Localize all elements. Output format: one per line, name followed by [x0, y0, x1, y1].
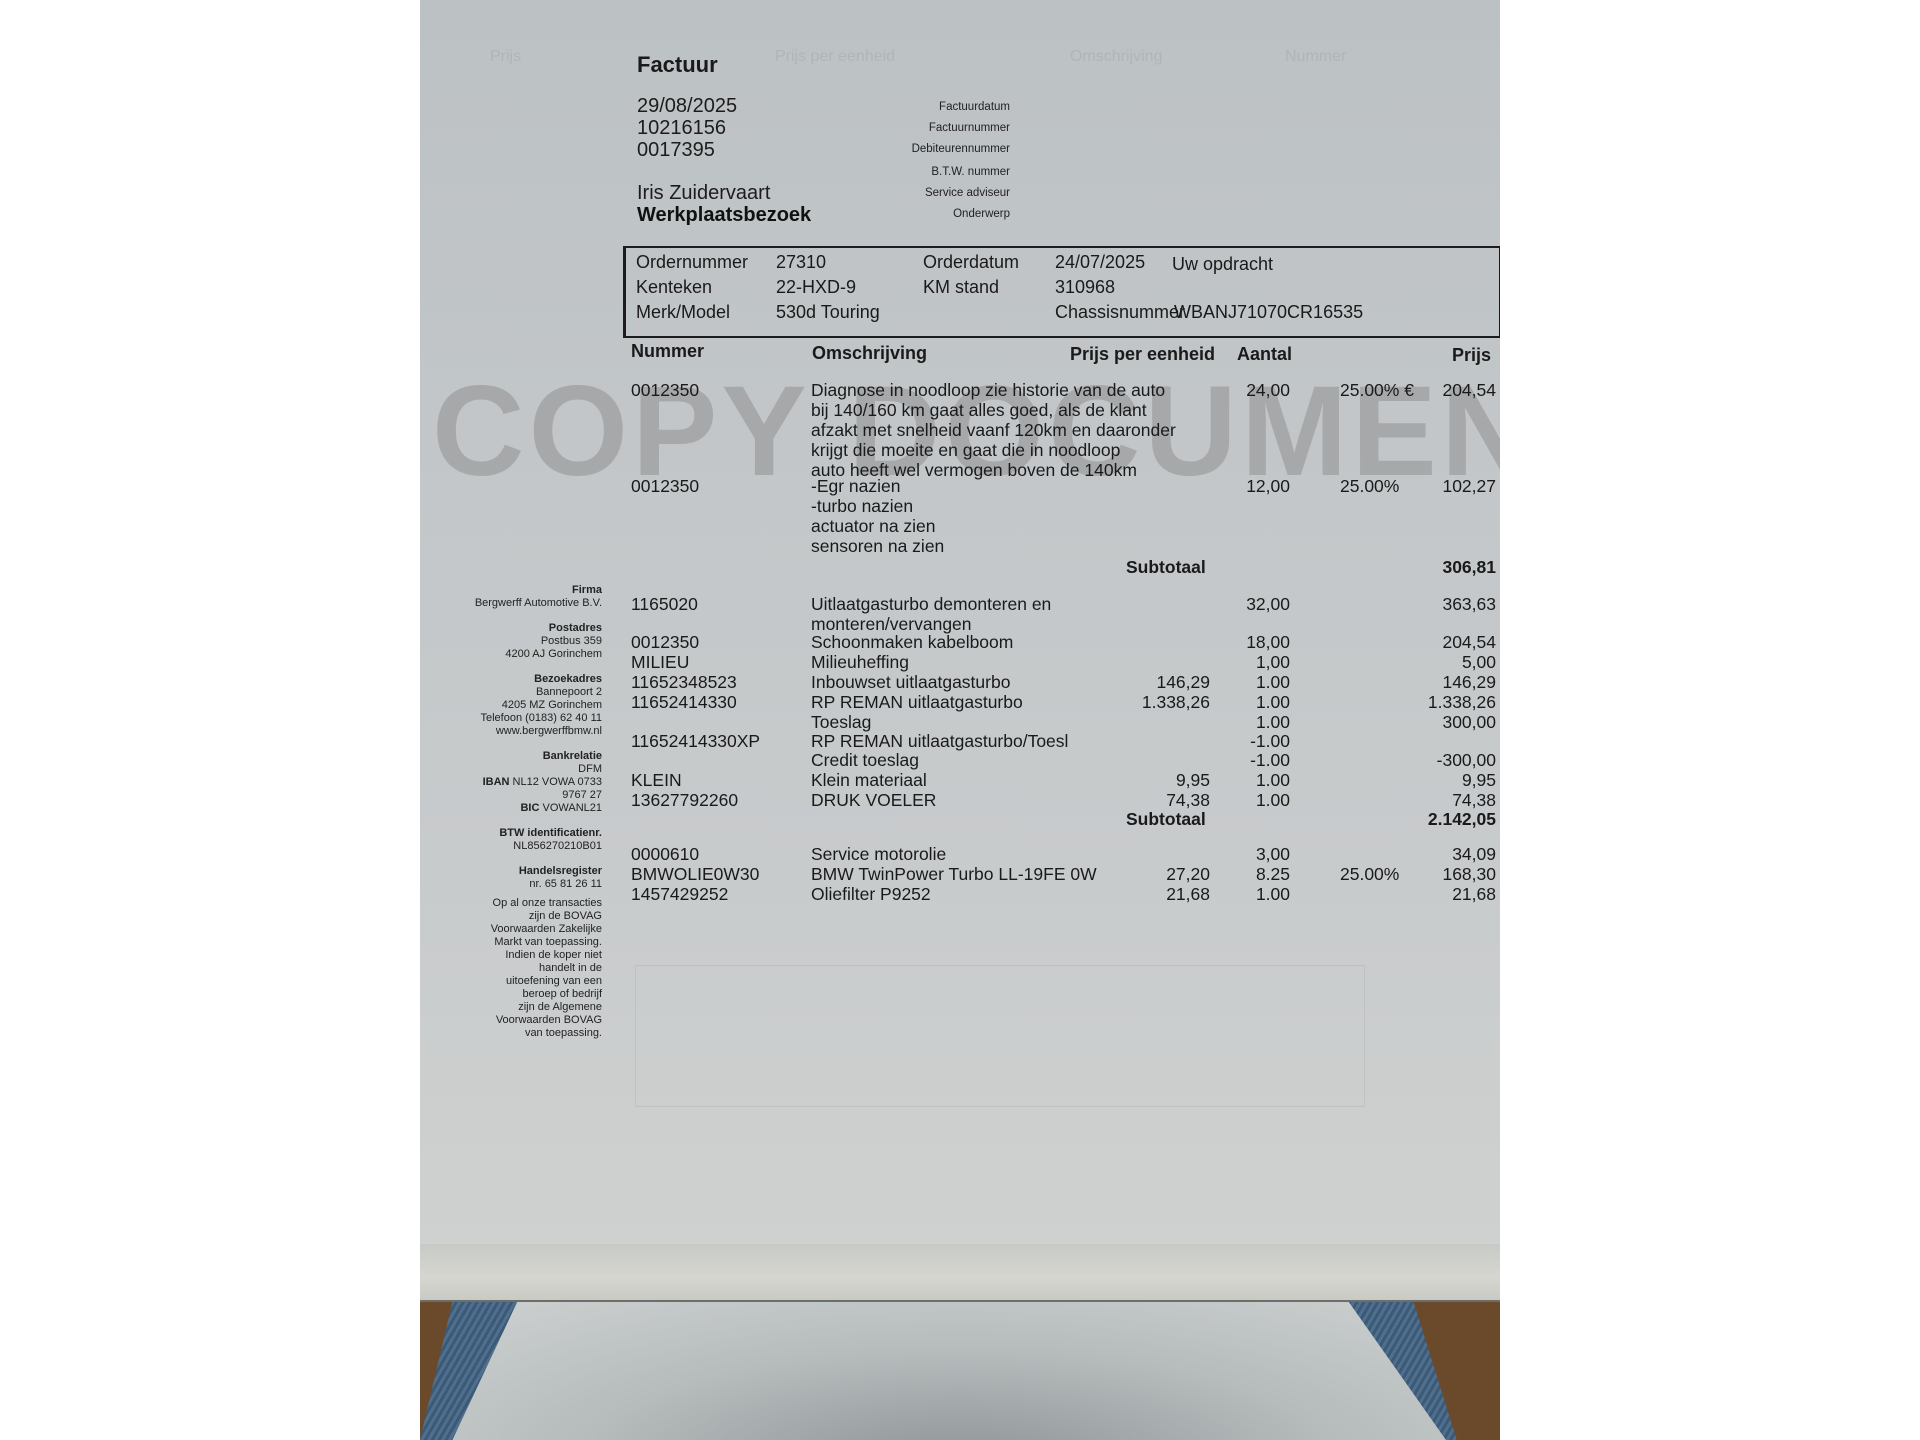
subtotal-label: Subtotaal — [1126, 809, 1206, 829]
sidebar-text: beroep of bedrijf — [420, 988, 602, 1001]
item-price: 9,95 — [1462, 770, 1496, 790]
invoice-photo: Prijs Prijs per eenheid Omschrijving Num… — [420, 0, 1500, 1440]
paper-stack-edge — [420, 1244, 1500, 1302]
item-price: 74,38 — [1452, 790, 1496, 810]
item-quantity: 1.00 — [1256, 790, 1290, 810]
sidebar-heading: Bankrelatie — [420, 750, 602, 763]
item-number: 11652348523 — [631, 672, 737, 692]
header-field-value: 10216156 — [637, 117, 726, 140]
header-field-label: Service adviseur — [925, 187, 1010, 199]
item-unit-price: 74,38 — [1166, 790, 1210, 810]
sidebar-text: Voorwaarden Zakelijke — [420, 923, 602, 936]
header-field-value: 0017395 — [637, 139, 715, 162]
item-description: Klein materiaal — [811, 770, 927, 790]
sidebar-text: uitoefening van een — [420, 975, 602, 988]
uw-opdracht-label: Uw opdracht — [1172, 254, 1273, 275]
item-number: 0012350 — [631, 632, 699, 652]
item-quantity: -1.00 — [1250, 750, 1290, 770]
kenteken-label: Kenteken — [636, 277, 712, 298]
header-field-label: Debiteurennummer — [912, 143, 1010, 155]
iban-line: IBAN NL12 VOWA 0733 — [420, 776, 602, 789]
subtotal-label: Subtotaal — [1126, 557, 1206, 577]
orderdatum-value: 24/07/2025 — [1055, 252, 1145, 273]
km-stand-value: 310968 — [1055, 277, 1115, 298]
item-description: RP REMAN uitlaatgasturbo — [811, 692, 1023, 712]
sidebar-heading: Postadres — [420, 622, 602, 635]
item-description: Uitlaatgasturbo demonteren enmonteren/ve… — [811, 594, 1051, 634]
merk-model-value: 530d Touring — [776, 302, 880, 323]
item-number: 11652414330 — [631, 692, 737, 712]
ordernummer-label: Ordernummer — [636, 252, 748, 273]
item-quantity: 1.00 — [1256, 770, 1290, 790]
item-description: Inbouwset uitlaatgasturbo — [811, 672, 1010, 692]
item-quantity: 8.25 — [1256, 864, 1290, 884]
sidebar-text: Markt van toepassing. — [420, 936, 602, 949]
item-discount: 25.00% € — [1340, 380, 1414, 400]
sidebar-text: Voorwaarden BOVAG — [420, 1014, 602, 1027]
sidebar-text: Bannepoort 2 — [420, 686, 602, 699]
col-header-nummer: Nummer — [631, 341, 704, 362]
show-through-text: Prijs — [490, 48, 521, 66]
sidebar-text: www.bergwerffbmw.nl — [420, 725, 602, 738]
item-number: 1457429252 — [631, 884, 728, 904]
item-price: 168,30 — [1442, 864, 1496, 884]
item-description: DRUK VOELER — [811, 790, 936, 810]
item-price: -300,00 — [1437, 750, 1496, 770]
orderdatum-label: Orderdatum — [923, 252, 1019, 273]
item-number: 0000610 — [631, 844, 699, 864]
order-info-box: Ordernummer 27310 Orderdatum 24/07/2025 … — [623, 246, 1500, 338]
item-price: 34,09 — [1452, 844, 1496, 864]
sidebar-text: Indien de koper niet — [420, 949, 602, 962]
item-unit-price: 27,20 — [1166, 864, 1210, 884]
header-field-label: B.T.W. nummer — [931, 166, 1010, 178]
sidebar-text: 4200 AJ Gorinchem — [420, 648, 602, 661]
col-header-prijs: Prijs — [1452, 345, 1491, 366]
item-description: Schoonmaken kabelboom — [811, 632, 1013, 652]
item-unit-price: 21,68 — [1166, 884, 1210, 904]
col-header-omschrijving: Omschrijving — [812, 343, 927, 364]
item-quantity: 1.00 — [1256, 884, 1290, 904]
item-quantity: 1.00 — [1256, 712, 1290, 732]
show-through-text: Nummer — [1285, 48, 1346, 66]
item-price: 5,00 — [1462, 652, 1496, 672]
item-price: 1.338,26 — [1428, 692, 1496, 712]
item-description: -Egr nazien-turbo nazienactuator na zien… — [811, 476, 944, 556]
grey-fabric — [420, 1302, 1500, 1440]
header-field-label: Factuurnummer — [929, 122, 1010, 134]
item-number: 1165020 — [631, 594, 698, 614]
item-description: Credit toeslag — [811, 750, 919, 770]
item-number: KLEIN — [631, 770, 682, 790]
header-field-label: Factuurdatum — [939, 101, 1010, 113]
sidebar-text: handelt in de — [420, 962, 602, 975]
km-stand-label: KM stand — [923, 277, 999, 298]
merk-model-label: Merk/Model — [636, 302, 730, 323]
sidebar-text: Bergwerff Automotive B.V. — [420, 597, 602, 610]
item-number: 0012350 — [631, 476, 699, 496]
show-through-text: Omschrijving — [1070, 48, 1162, 66]
item-description: Diagnose in noodloop zie historie van de… — [811, 380, 1176, 480]
item-price: 204,54 — [1442, 380, 1496, 400]
sidebar-heading: Bezoekadres — [420, 673, 602, 686]
chassis-label: Chassisnummer — [1055, 302, 1185, 323]
sidebar-text: DFM — [420, 763, 602, 776]
kenteken-value: 22-HXD-9 — [776, 277, 856, 298]
header-field-value: Iris Zuidervaart — [637, 182, 770, 205]
item-description: BMW TwinPower Turbo LL-19FE 0W — [811, 864, 1097, 884]
sidebar-text: zijn de BOVAG — [420, 910, 602, 923]
sidebar-heading: Firma — [420, 584, 602, 597]
sidebar-heading: Handelsregister — [420, 865, 602, 878]
document-title: Factuur — [637, 52, 718, 78]
item-unit-price: 146,29 — [1156, 672, 1210, 692]
item-price: 102,27 — [1442, 476, 1496, 496]
item-number: MILIEU — [631, 652, 689, 672]
sidebar-text: 9767 27 — [420, 789, 602, 802]
subtotal-value: 306,81 — [1442, 557, 1496, 577]
ordernummer-value: 27310 — [776, 252, 826, 273]
header-field-value: Werkplaatsbezoek — [637, 204, 811, 227]
invoice-paper: Prijs Prijs per eenheid Omschrijving Num… — [420, 0, 1500, 1248]
item-number: 0012350 — [631, 380, 699, 400]
subtotal-value: 2.142,05 — [1428, 809, 1496, 829]
item-unit-price: 1.338,26 — [1142, 692, 1210, 712]
sidebar-text: Op al onze transacties — [420, 897, 602, 910]
bic-line: BIC VOWANL21 — [420, 802, 602, 815]
item-quantity: 1.00 — [1256, 692, 1290, 712]
item-price: 363,63 — [1442, 594, 1496, 614]
item-discount: 25.00% — [1340, 476, 1399, 496]
item-description: RP REMAN uitlaatgasturbo/Toesl — [811, 731, 1068, 751]
item-discount: 25.00% — [1340, 864, 1399, 884]
item-quantity: 12,00 — [1246, 476, 1290, 496]
item-price: 204,54 — [1442, 632, 1496, 652]
sidebar-text: NL856270210B01 — [420, 840, 602, 853]
sidebar-text: van toepassing. — [420, 1027, 602, 1040]
item-unit-price: 9,95 — [1176, 770, 1210, 790]
show-through-box — [635, 965, 1365, 1107]
item-quantity: 1.00 — [1256, 672, 1290, 692]
item-quantity: 1,00 — [1256, 652, 1290, 672]
item-price: 21,68 — [1452, 884, 1496, 904]
item-description: Milieuheffing — [811, 652, 909, 672]
item-quantity: 32,00 — [1246, 594, 1290, 614]
sidebar-text: Postbus 359 — [420, 635, 602, 648]
sidebar-heading: BTW identificatienr. — [420, 827, 602, 840]
item-quantity: 3,00 — [1256, 844, 1290, 864]
chassis-value: WBANJ71070CR16535 — [1174, 302, 1363, 323]
item-price: 146,29 — [1442, 672, 1496, 692]
item-description: Service motorolie — [811, 844, 946, 864]
col-header-prijs-per-eenheid: Prijs per eenheid — [1070, 344, 1215, 365]
item-quantity: -1.00 — [1250, 731, 1290, 751]
sidebar-text: Telefoon (0183) 62 40 11 — [420, 712, 602, 725]
sidebar-text: nr. 65 81 26 11 — [420, 878, 602, 891]
show-through-text: Prijs per eenheid — [775, 48, 895, 66]
item-number: 11652414330XP — [631, 731, 760, 751]
item-quantity: 24,00 — [1246, 380, 1290, 400]
item-number: BMWOLIE0W30 — [631, 864, 759, 884]
col-header-aantal: Aantal — [1237, 344, 1292, 365]
item-price: 300,00 — [1442, 712, 1496, 732]
item-number: 13627792260 — [631, 790, 738, 810]
item-description: Toeslag — [811, 712, 871, 732]
header-field-label: Onderwerp — [953, 208, 1010, 220]
sidebar-text: zijn de Algemene — [420, 1001, 602, 1014]
header-field-value: 29/08/2025 — [637, 95, 737, 118]
sidebar-text: 4205 MZ Gorinchem — [420, 699, 602, 712]
item-quantity: 18,00 — [1246, 632, 1290, 652]
item-description: Oliefilter P9252 — [811, 884, 931, 904]
